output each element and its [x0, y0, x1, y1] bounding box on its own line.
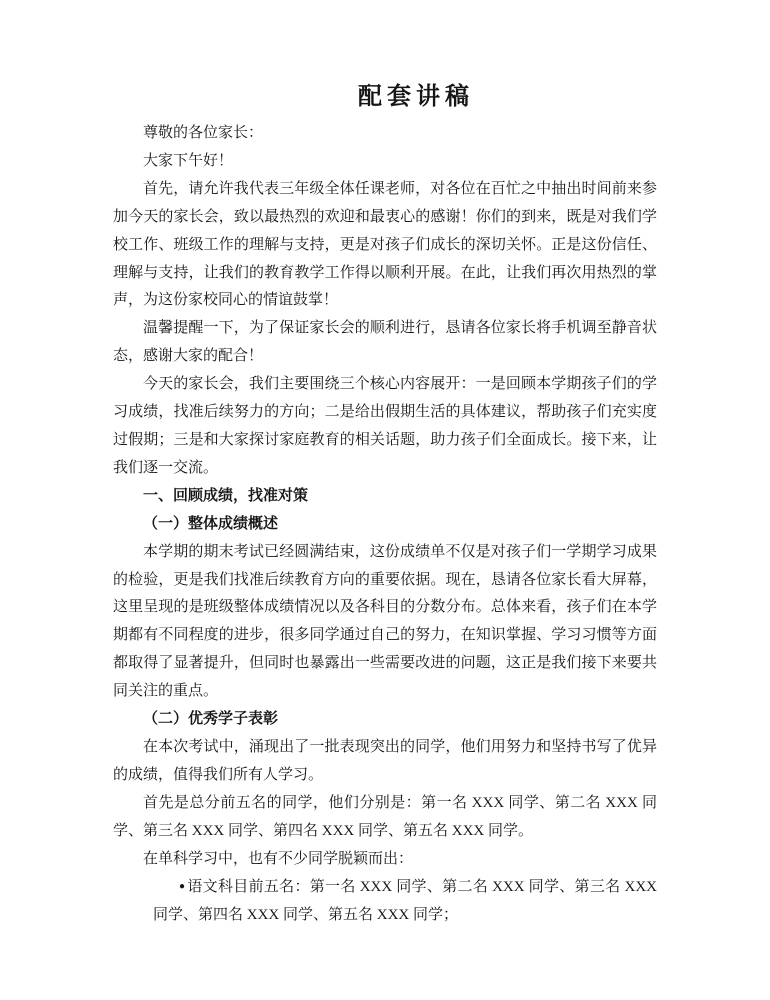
- greeting-paragraph: 大家下午好！: [113, 148, 657, 176]
- section-heading-review-results: 一、回顾成绩，找准对策: [113, 483, 657, 511]
- document-body: 尊敬的各位家长： 大家下午好！ 首先，请允许我代表三年级全体任课老师，对各位在百…: [113, 120, 657, 930]
- single-subject-intro-paragraph: 在单科学习中，也有不少同学脱颖而出：: [113, 846, 657, 874]
- subsection-heading-outstanding-students: （二）优秀学子表彰: [113, 706, 657, 734]
- chinese-subject-top-five-item: ●语文科目前五名：第一名 XXX 同学、第二名 XXX 同学、第三名 XXX 同…: [113, 873, 657, 930]
- welcome-paragraph: 首先，请允许我代表三年级全体任课老师，对各位在百忙之中抽出时间前来参加今天的家长…: [113, 176, 657, 316]
- outstanding-students-intro-paragraph: 在本次考试中，涌现出了一批表现突出的同学，他们用努力和坚持书写了优异的成绩，值得…: [113, 734, 657, 790]
- phone-reminder-paragraph: 温馨提醒一下，为了保证家长会的顺利进行，恳请各位家长将手机调至静音状态，感谢大家…: [113, 315, 657, 371]
- top-five-overall-paragraph: 首先是总分前五名的同学，他们分别是：第一名 XXX 同学、第二名 XXX 同学、…: [113, 790, 657, 846]
- subsection-heading-overall-results: （一）整体成绩概述: [113, 511, 657, 539]
- salutation-paragraph: 尊敬的各位家长：: [113, 120, 657, 148]
- document-page: 配套讲稿 尊敬的各位家长： 大家下午好！ 首先，请允许我代表三年级全体任课老师，…: [0, 0, 770, 1000]
- agenda-paragraph: 今天的家长会，我们主要围绕三个核心内容展开：一是回顾本学期孩子们的学习成绩，找准…: [113, 371, 657, 483]
- document-title: 配套讲稿: [144, 82, 688, 112]
- chinese-subject-top-five-text: 语文科目前五名：第一名 XXX 同学、第二名 XXX 同学、第三名 XXX 同学…: [153, 879, 657, 923]
- overall-results-paragraph: 本学期的期末考试已经圆满结束，这份成绩单不仅是对孩子们一学期学习成果的检验，更是…: [113, 539, 657, 706]
